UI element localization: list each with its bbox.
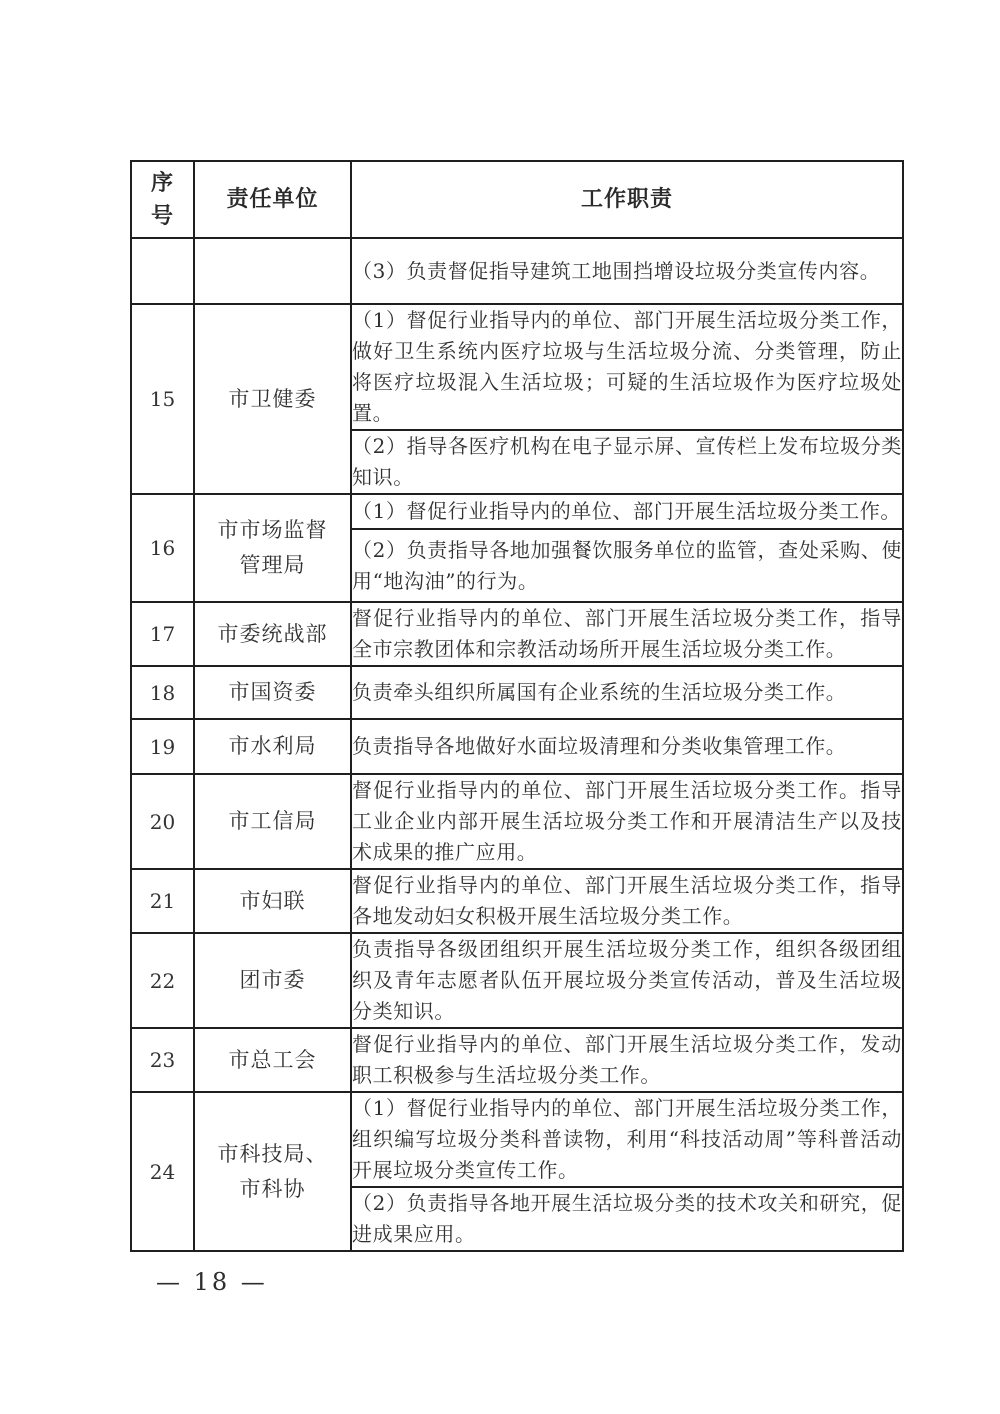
page-number: — 18 —	[156, 1268, 268, 1296]
seq-cell: 20	[131, 774, 194, 869]
header-seq: 序 号	[131, 161, 194, 238]
seq-cell: 22	[131, 933, 194, 1028]
duty-cell: （2）负责指导各地加强餐饮服务单位的监管，查处采购、使用“地沟油”的行为。	[351, 529, 903, 602]
duty-cell: （3）负责督促指导建筑工地围挡增设垃圾分类宣传内容。	[351, 238, 903, 304]
seq-cell: 15	[131, 304, 194, 494]
duty-cell: （2）指导各医疗机构在电子显示屏、宣传栏上发布垃圾分类知识。	[351, 430, 903, 494]
seq-cell: 17	[131, 602, 194, 666]
table-row: 19 市水利局 负责指导各地做好水面垃圾清理和分类收集管理工作。	[131, 719, 903, 774]
duty-cell: （1）督促行业指导内的单位、部门开展生活垃圾分类工作，组织编写垃圾分类科普读物，…	[351, 1092, 903, 1187]
duty-cell: 负责指导各地做好水面垃圾清理和分类收集管理工作。	[351, 719, 903, 774]
duty-cell: 负责牵头组织所属国有企业系统的生活垃圾分类工作。	[351, 666, 903, 719]
table-row: 21 市妇联 督促行业指导内的单位、部门开展生活垃圾分类工作，指导各地发动妇女积…	[131, 869, 903, 933]
duty-cell: 负责指导各级团组织开展生活垃圾分类工作，组织各级团组织及青年志愿者队伍开展垃圾分…	[351, 933, 903, 1028]
duty-cell: （2）负责指导各地开展生活垃圾分类的技术攻关和研究，促进成果应用。	[351, 1187, 903, 1251]
unit-cell: 团市委	[194, 933, 351, 1028]
table-row: 18 市国资委 负责牵头组织所属国有企业系统的生活垃圾分类工作。	[131, 666, 903, 719]
table-header-row: 序 号 责任单位 工作职责	[131, 161, 903, 238]
table-row: （3）负责督促指导建筑工地围挡增设垃圾分类宣传内容。	[131, 238, 903, 304]
duty-cell: （1）督促行业指导内的单位、部门开展生活垃圾分类工作，做好卫生系统内医疗垃圾与生…	[351, 304, 903, 430]
unit-cell: 市总工会	[194, 1028, 351, 1092]
unit-cell: 市妇联	[194, 869, 351, 933]
unit-cell: 市市场监督 管理局	[194, 494, 351, 602]
table-row: 17 市委统战部 督促行业指导内的单位、部门开展生活垃圾分类工作，指导全市宗教团…	[131, 602, 903, 666]
document-page: 序 号 责任单位 工作职责 （3）负责督促指导建筑工地围挡增设垃圾分类宣传内容。…	[0, 0, 1000, 1414]
unit-cell: 市水利局	[194, 719, 351, 774]
seq-cell: 21	[131, 869, 194, 933]
table-row: 16 市市场监督 管理局 （1）督促行业指导内的单位、部门开展生活垃圾分类工作。	[131, 494, 903, 529]
table-row: 24 市科技局、 市科协 （1）督促行业指导内的单位、部门开展生活垃圾分类工作，…	[131, 1092, 903, 1187]
seq-cell: 23	[131, 1028, 194, 1092]
duty-cell: 督促行业指导内的单位、部门开展生活垃圾分类工作，发动职工积极参与生活垃圾分类工作…	[351, 1028, 903, 1092]
seq-cell: 16	[131, 494, 194, 602]
unit-cell: 市委统战部	[194, 602, 351, 666]
unit-cell: 市工信局	[194, 774, 351, 869]
duty-cell: 督促行业指导内的单位、部门开展生活垃圾分类工作，指导各地发动妇女积极开展生活垃圾…	[351, 869, 903, 933]
table-row: 15 市卫健委 （1）督促行业指导内的单位、部门开展生活垃圾分类工作，做好卫生系…	[131, 304, 903, 430]
seq-cell	[131, 238, 194, 304]
duty-cell: （1）督促行业指导内的单位、部门开展生活垃圾分类工作。	[351, 494, 903, 529]
unit-cell	[194, 238, 351, 304]
table-row: 20 市工信局 督促行业指导内的单位、部门开展生活垃圾分类工作。指导工业企业内部…	[131, 774, 903, 869]
header-duty: 工作职责	[351, 161, 903, 238]
table-row: 22 团市委 负责指导各级团组织开展生活垃圾分类工作，组织各级团组织及青年志愿者…	[131, 933, 903, 1028]
duty-cell: 督促行业指导内的单位、部门开展生活垃圾分类工作，指导全市宗教团体和宗教活动场所开…	[351, 602, 903, 666]
unit-cell: 市卫健委	[194, 304, 351, 494]
seq-cell: 24	[131, 1092, 194, 1251]
duty-cell: 督促行业指导内的单位、部门开展生活垃圾分类工作。指导工业企业内部开展生活垃圾分类…	[351, 774, 903, 869]
responsibility-table: 序 号 责任单位 工作职责 （3）负责督促指导建筑工地围挡增设垃圾分类宣传内容。…	[130, 160, 904, 1252]
seq-cell: 19	[131, 719, 194, 774]
seq-cell: 18	[131, 666, 194, 719]
unit-cell: 市国资委	[194, 666, 351, 719]
unit-cell: 市科技局、 市科协	[194, 1092, 351, 1251]
table-row: 23 市总工会 督促行业指导内的单位、部门开展生活垃圾分类工作，发动职工积极参与…	[131, 1028, 903, 1092]
header-unit: 责任单位	[194, 161, 351, 238]
